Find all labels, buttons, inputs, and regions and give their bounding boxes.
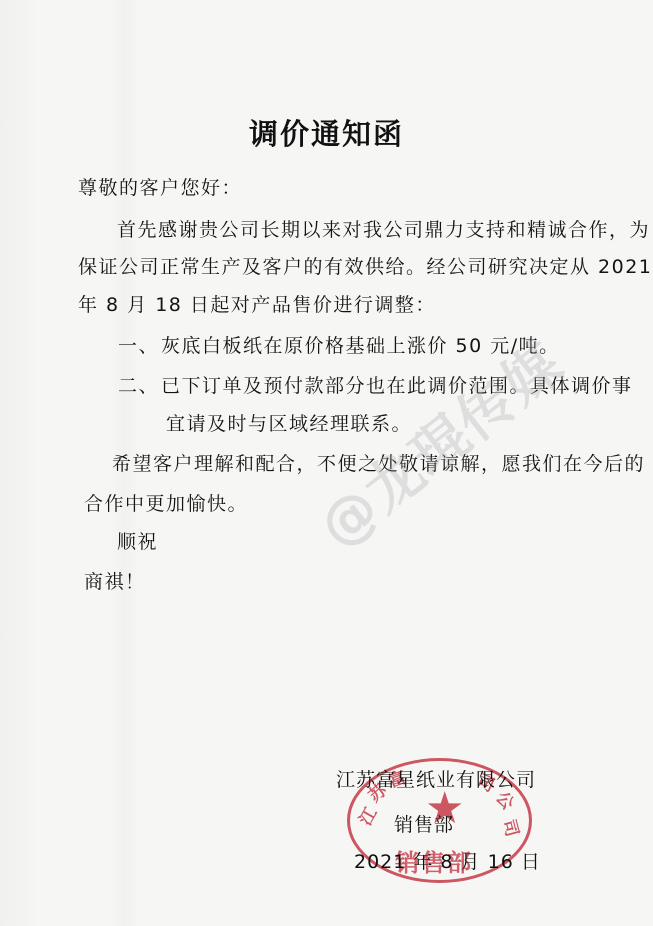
- item2-text-line2: 宜请及时与区域经理联系。: [166, 412, 412, 436]
- signature-company: 江苏富星纸业有限公司: [336, 768, 536, 792]
- signature-date: 2021 年 8 月 16 日: [354, 850, 541, 874]
- closing-wish: 顺祝: [117, 530, 158, 554]
- paragraph1-line1: 首先感谢贵公司长期以来对我公司鼎力支持和精诚合作，为: [117, 218, 650, 242]
- paragraph2-line2: 合作中更加愉快。: [84, 492, 248, 516]
- seal-arc-char: 司: [498, 816, 527, 839]
- signature-department: 销售部: [394, 813, 454, 837]
- item2-marker: 二、: [118, 374, 159, 398]
- salutation: 尊敬的客户您好：: [78, 176, 242, 200]
- item1-marker: 一、: [118, 334, 159, 358]
- closing-regards: 商祺！: [84, 570, 146, 594]
- document-title: 调价通知函: [0, 112, 653, 153]
- paragraph1-line3: 年 8 月 18 日起对产品售价进行调整：: [78, 293, 436, 317]
- paragraph1-line2: 保证公司正常生产及客户的有效供给。经公司研究决定从 2021: [78, 255, 652, 279]
